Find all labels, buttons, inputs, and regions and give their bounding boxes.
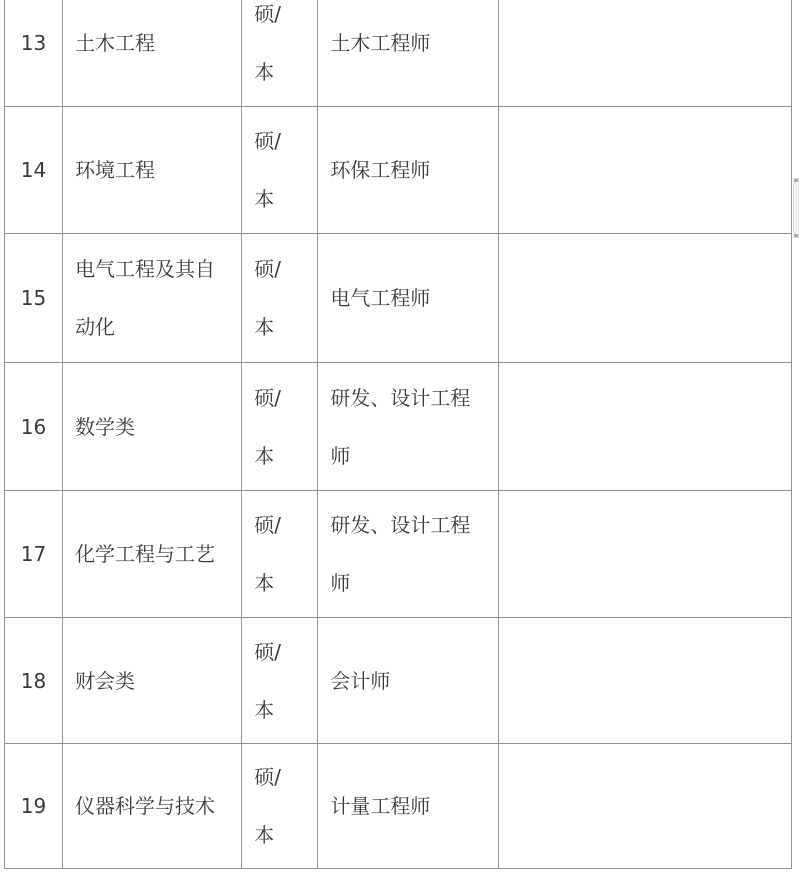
cell-empty	[498, 744, 791, 869]
table-wrap: 13 土木工程 硕/ 本 土木工程师 14 环境工程 硕/ 本 环保工程师 15…	[4, 0, 792, 869]
cell-row-number: 15	[5, 234, 63, 363]
cell-degree: 硕/ 本	[242, 107, 318, 234]
cell-empty	[498, 0, 791, 107]
cell-major: 环境工程	[63, 107, 242, 234]
cell-job-title: 计量工程师	[318, 744, 498, 869]
cell-degree: 硕/ 本	[242, 234, 318, 363]
cell-row-number: 18	[5, 618, 63, 744]
cell-major: 化学工程与工艺	[63, 491, 242, 618]
job-openings-table: 13 土木工程 硕/ 本 土木工程师 14 环境工程 硕/ 本 环保工程师 15…	[4, 0, 792, 869]
cell-major: 仪器科学与技术	[63, 744, 242, 869]
cell-job-title: 土木工程师	[318, 0, 498, 107]
table-row: 13 土木工程 硕/ 本 土木工程师	[5, 0, 792, 107]
vertical-scrollbar-thumb[interactable]	[793, 178, 799, 238]
cell-degree: 硕/ 本	[242, 744, 318, 869]
table-row: 16 数学类 硕/ 本 研发、设计工程 师	[5, 363, 792, 491]
cell-empty	[498, 363, 791, 491]
scrollbar-thumb-top-cap	[794, 179, 798, 182]
cell-job-title: 电气工程师	[318, 234, 498, 363]
cell-major: 财会类	[63, 618, 242, 744]
cell-job-title: 研发、设计工程 师	[318, 491, 498, 618]
cell-row-number: 16	[5, 363, 63, 491]
cell-job-title: 研发、设计工程 师	[318, 363, 498, 491]
cell-row-number: 13	[5, 0, 63, 107]
cell-major: 土木工程	[63, 0, 242, 107]
cell-major: 数学类	[63, 363, 242, 491]
cell-empty	[498, 618, 791, 744]
scrollbar-thumb-bottom-cap	[794, 234, 798, 237]
cell-empty	[498, 491, 791, 618]
table-row: 18 财会类 硕/ 本 会计师	[5, 618, 792, 744]
cell-degree: 硕/ 本	[242, 363, 318, 491]
cell-empty	[498, 107, 791, 234]
table-row: 14 环境工程 硕/ 本 环保工程师	[5, 107, 792, 234]
cell-row-number: 14	[5, 107, 63, 234]
page: 13 土木工程 硕/ 本 土木工程师 14 环境工程 硕/ 本 环保工程师 15…	[0, 0, 799, 874]
cell-job-title: 环保工程师	[318, 107, 498, 234]
table-row: 17 化学工程与工艺 硕/ 本 研发、设计工程 师	[5, 491, 792, 618]
cell-row-number: 19	[5, 744, 63, 869]
table-row: 15 电气工程及其自 动化 硕/ 本 电气工程师	[5, 234, 792, 363]
cell-degree: 硕/ 本	[242, 618, 318, 744]
cell-row-number: 17	[5, 491, 63, 618]
cell-degree: 硕/ 本	[242, 491, 318, 618]
cell-major: 电气工程及其自 动化	[63, 234, 242, 363]
cell-empty	[498, 234, 791, 363]
cell-job-title: 会计师	[318, 618, 498, 744]
table-row: 19 仪器科学与技术 硕/ 本 计量工程师	[5, 744, 792, 869]
cell-degree: 硕/ 本	[242, 0, 318, 107]
